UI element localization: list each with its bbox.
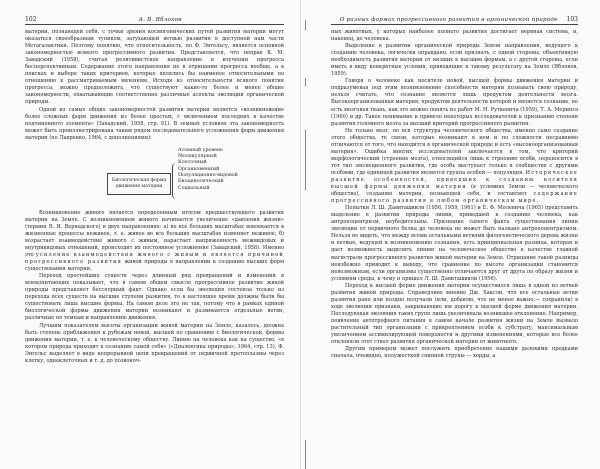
paragraph: ных животных, у которых наиболее полного…: [331, 29, 578, 43]
book-spread: 102 А. В. Яблоков материи, познающей себ…: [0, 0, 600, 469]
right-page: О разных формах прогрессивного развития …: [300, 0, 600, 469]
left-page-number: 102: [25, 16, 36, 23]
margin-mark: [305, 130, 306, 190]
diagram-level: Социальный: [178, 186, 238, 192]
right-running-head: О разных формах прогрессивного развития …: [331, 14, 578, 25]
paragraph: материи, познающей себя, с точки зрения …: [25, 29, 284, 107]
right-running-title: О разных формах прогрессивного развития …: [331, 17, 567, 23]
paragraph: Лучшим показателем высоты организации жи…: [25, 323, 284, 365]
left-running-title: А. В. Яблоков: [36, 17, 284, 23]
margin-mark: [305, 78, 306, 86]
paragraph: Попытки Л. Ш. Давиташвили (1956, 1959, 1…: [331, 205, 578, 283]
right-page-number: 103: [567, 16, 578, 23]
paragraph: Переход простейших существ через длинный…: [25, 273, 284, 322]
left-running-head: 102 А. В. Яблоков: [25, 14, 284, 25]
left-page: 102 А. В. Яблоков материи, познающей себ…: [0, 0, 300, 469]
diagram-levels-list: Атомный уровень Молекулярный Клеточный О…: [178, 148, 238, 192]
paragraph: Возникновение живого является определенн…: [25, 210, 284, 273]
paragraph-text: Возникновение живого является определенн…: [25, 210, 284, 258]
forms-of-motion-diagram: Биологическая форма движения материи Ато…: [25, 148, 284, 206]
right-body-text: ных животных, у которых наиболее полного…: [331, 29, 578, 360]
margin-mark: [305, 20, 306, 30]
paragraph: Переход к высшей форме движения материи …: [331, 283, 578, 346]
diagram-box: Биологическая форма движения материи: [107, 173, 171, 195]
paragraph: Говоря о человеке как носителе новой, вы…: [331, 78, 578, 127]
left-body-text: материи, познающей себя, с точки зрения …: [25, 29, 284, 365]
paragraph: Выделение в развитии органической природ…: [331, 43, 578, 78]
margin-mark: [305, 440, 306, 469]
paragraph: Другим примером может послужить приобрет…: [331, 346, 578, 360]
paragraph: Одной из самых общих закономерностей раз…: [25, 107, 284, 142]
paragraph-text: Не только мозг, но вся структура человеч…: [331, 128, 578, 176]
paragraph: Не только мозг, но вся структура человеч…: [331, 128, 578, 206]
